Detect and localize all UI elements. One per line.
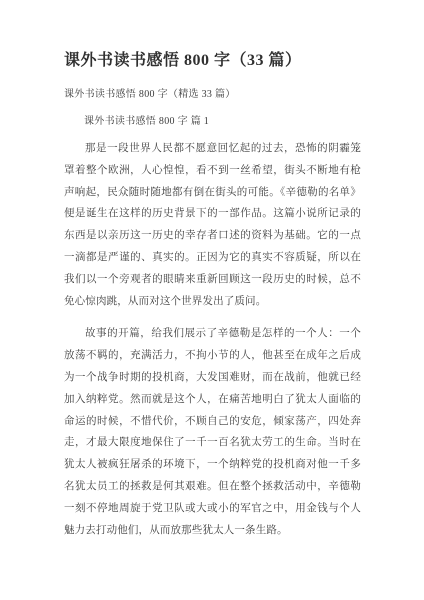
page-subtitle: 课外书读书感悟 800 字（精选 33 篇） xyxy=(64,88,361,102)
document-page: 课外书读书感悟 800 字（33 篇） 课外书读书感悟 800 字（精选 33 … xyxy=(0,0,424,600)
page-title: 课外书读书感悟 800 字（33 篇） xyxy=(64,50,361,72)
body-paragraph: 那是一段世界人民都不愿意回忆起的过去，恐怖的阴霾笼罩着整个欧洲，人心惶惶，看不到… xyxy=(64,138,361,312)
document-body: 那是一段世界人民都不愿意回忆起的过去，恐怖的阴霾笼罩着整个欧洲，人心惶惶，看不到… xyxy=(64,138,361,541)
section-heading: 课外书读书感悟 800 字 篇 1 xyxy=(64,115,361,129)
body-paragraph: 故事的开篇，给我们展示了辛德勒是怎样的一个人：一个放荡不羁的，充满活力，不拘小节… xyxy=(64,323,361,541)
